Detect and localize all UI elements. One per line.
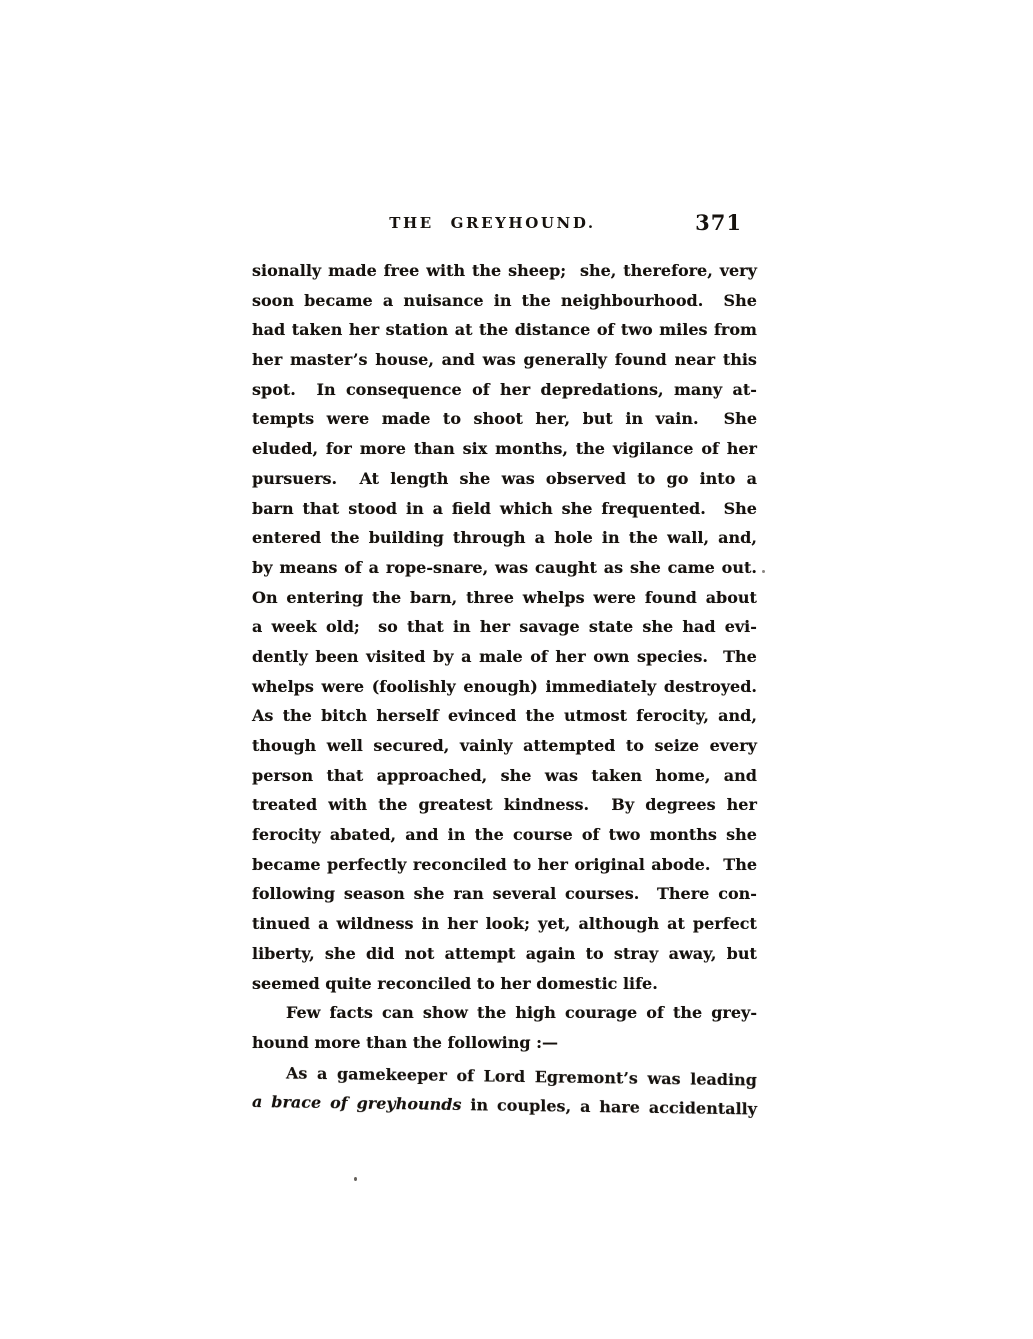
book-page: THE GREYHOUND. 371 sionallymadefreewitht…	[0, 0, 1033, 1339]
text-line: sionallymadefreewiththesheep;she,therefo…	[252, 256, 757, 286]
text-line: liberty,shedidnotattemptagaintostrayaway…	[252, 939, 757, 969]
text-line: bymeansofarope-snare,wascaughtasshecameo…	[252, 553, 757, 583]
page-number: 371	[695, 210, 742, 235]
text-line: eluded,formorethansixmonths,thevigilance…	[252, 434, 757, 464]
text-line: seemed quite reconciled to her domestic …	[252, 969, 757, 999]
text-line: dentlybeenvisitedbyamaleofherownspecies.…	[252, 642, 757, 672]
header-title: THE GREYHOUND.	[389, 214, 596, 232]
text-line: temptsweremadetoshoother,butinvain.She	[252, 404, 757, 434]
scan-speck	[354, 1177, 357, 1181]
text-line: soonbecameanuisanceintheneighbourhood.Sh…	[252, 286, 757, 316]
text-line: Fewfactscanshowthehighcourageofthegrey-	[252, 998, 757, 1028]
text-line: barnthatstoodinafieldwhichshefrequented.…	[252, 494, 757, 524]
text-line: thoughwellsecured,vainlyattemptedtoseize…	[252, 731, 757, 761]
text-line: becameperfectlyreconciledtoheroriginalab…	[252, 850, 757, 880]
scan-speck	[762, 570, 765, 573]
text-line: enteredthebuildingthroughaholeinthewall,…	[252, 523, 757, 553]
text-line: ferocityabated,andinthecourseoftwomonths…	[252, 820, 757, 850]
text-line: aweekold;sothatinhersavagestateshehadevi…	[252, 612, 757, 642]
text-line: pursuers.Atlengthshewasobservedtogointoa	[252, 464, 757, 494]
text-line: whelpswere(foolishlyenough)immediatelyde…	[252, 672, 757, 702]
text-line: tinuedawildnessinherlook;yet,althoughatp…	[252, 909, 757, 939]
text-line: spot.Inconsequenceofherdepredations,many…	[252, 375, 757, 405]
text-line: hermaster’shouse,andwasgenerallyfoundnea…	[252, 345, 757, 375]
body-text: sionallymadefreewiththesheep;she,therefo…	[252, 256, 757, 1117]
text-line: Onenteringthebarn,threewhelpswerefoundab…	[252, 583, 757, 613]
text-line: hound more than the following :—	[252, 1028, 757, 1058]
text-line: abraceofgreyhoundsincouples,ahareacciden…	[252, 1087, 757, 1124]
text-line: hadtakenherstationatthedistanceoftwomile…	[252, 315, 757, 345]
text-line: personthatapproached,shewastakenhome,and	[252, 761, 757, 791]
text-line: Asthebitchherselfevincedtheutmostferocit…	[252, 701, 757, 731]
running-header: THE GREYHOUND. 371	[252, 210, 757, 238]
text-line: followingseasonsheranseveralcourses.Ther…	[252, 879, 757, 909]
text-line: treatedwiththegreatestkindness.Bydegrees…	[252, 790, 757, 820]
